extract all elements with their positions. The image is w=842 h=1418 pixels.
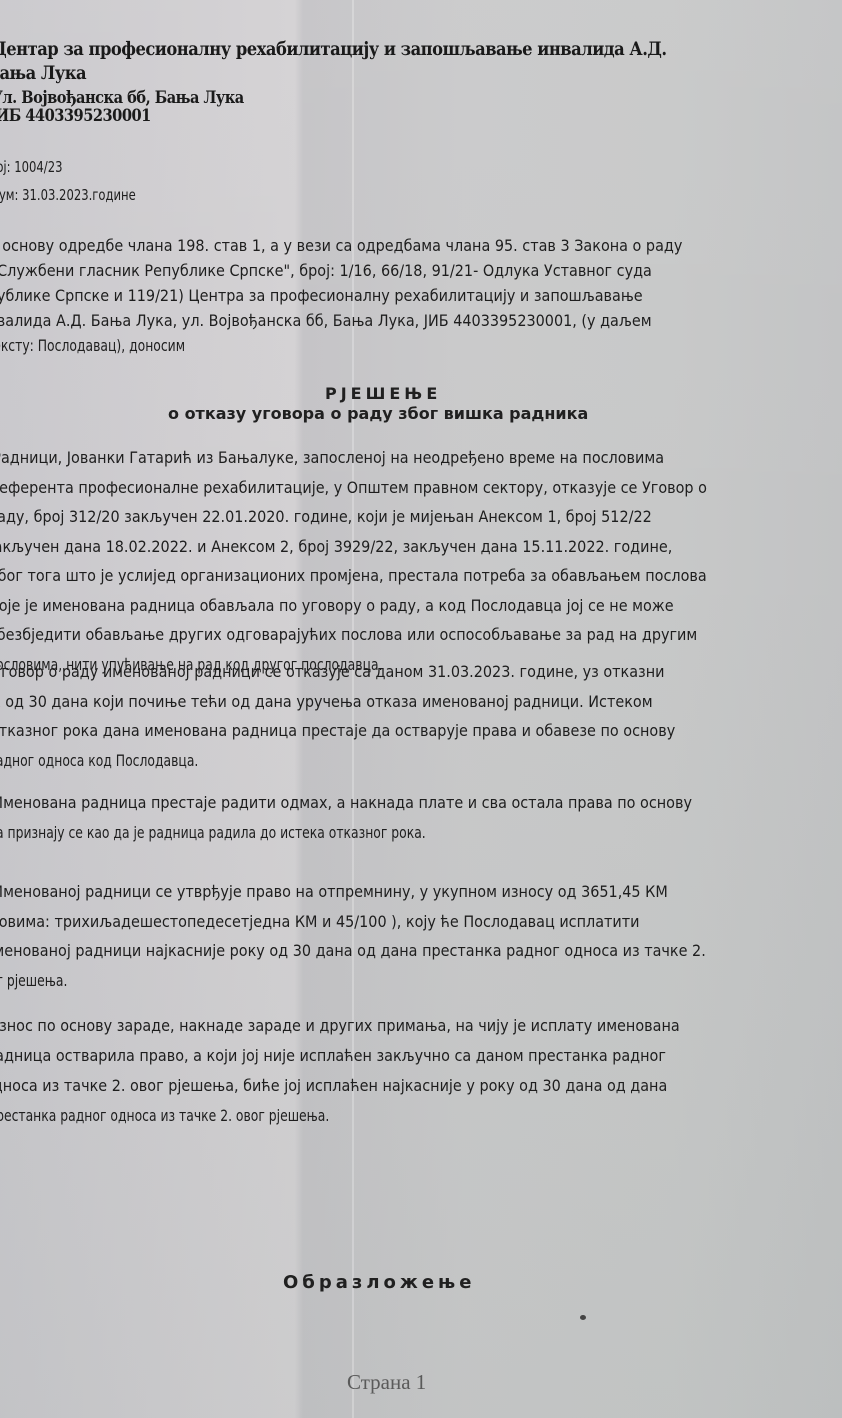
document-line: именованој радници најкасније року од 30…	[0, 941, 706, 960]
document-line: („Службени гласник Републике Српске", бр…	[0, 261, 652, 280]
document-line: рада признају се као да је радница радил…	[0, 823, 426, 842]
document-line: престанка радног односа из тачке 2. овог…	[0, 1106, 329, 1125]
document-line: тексту: Послодавац), доносим	[0, 336, 185, 355]
document-line: које је именована радница обављала по уг…	[0, 596, 674, 615]
document-line: 2. Уговор о раду именованој радници се о…	[0, 662, 664, 681]
reasoning-title: Образложење	[283, 1272, 475, 1293]
org-name-line2: Бања Лука	[0, 62, 86, 84]
org-address: Ул. Војвођанска бб, Бања Лука	[0, 88, 244, 108]
document-line: 3. Именована радница престаје радити одм…	[0, 793, 692, 812]
document-line: 5. Износ по основу зараде, накнаде зарад…	[0, 1016, 680, 1035]
paper-speck	[580, 1315, 586, 1320]
document-line: референта професионалне рехабилитације, …	[0, 478, 707, 497]
org-jib: ЈИБ 4403395230001	[0, 106, 151, 126]
decision-title: РЈЕШЕЊЕ	[325, 384, 441, 403]
document-line: закључен дана 18.02.2022. и Анексом 2, б…	[0, 537, 672, 556]
decision-subtitle: о отказу уговора о раду због вишка радни…	[168, 404, 588, 423]
document-line: обезбједити обављање других одговарајући…	[0, 625, 697, 644]
document-line: 4. Именованој радници се утврђује право …	[0, 882, 668, 901]
document-line: због тога што је услијед организационих …	[0, 566, 707, 585]
document-line: односа из тачке 2. овог рјешења, биће јо…	[0, 1076, 667, 1095]
document-line: На основу одредбе члана 198. став 1, а у…	[0, 236, 682, 255]
page-number: Страна 1	[347, 1370, 426, 1395]
document-number: Број: 1004/23	[0, 158, 62, 176]
document-line: (словима: трихиљадешестопедесетједна КМ …	[0, 912, 640, 931]
document-line: 1. Радници, Јованки Гатарић из Бањалуке,…	[0, 448, 664, 467]
document-line: отказног рока дана именована радница пре…	[0, 721, 675, 740]
document-line: рок од 30 дана који почиње тећи од дана …	[0, 692, 653, 711]
org-name-line1: Центар за професионалну рехабилитацију и…	[0, 38, 667, 60]
document-line: радница остварила право, а који јој није…	[0, 1046, 666, 1065]
document-line: инвалида А.Д. Бања Лука, ул. Војвођанска…	[0, 311, 652, 330]
document-line: радног односа код Послодавца.	[0, 751, 198, 770]
document-line: раду, број 312/20 закључен 22.01.2020. г…	[0, 507, 652, 526]
document-line: Републике Српске и 119/21) Центра за про…	[0, 286, 643, 305]
document-line: овог рјешења.	[0, 971, 67, 990]
document-date: Датум: 31.03.2023.године	[0, 186, 136, 204]
